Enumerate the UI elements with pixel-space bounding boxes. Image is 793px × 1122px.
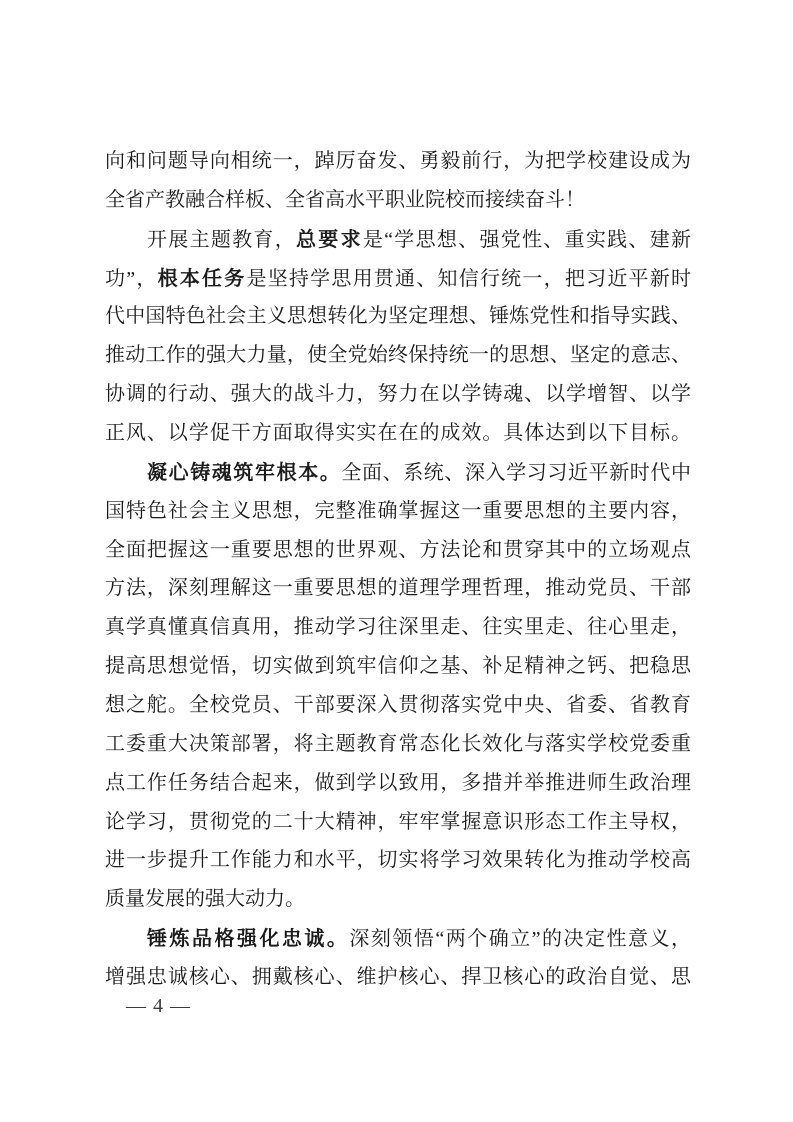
text-line: 提高思想觉悟，切实做到筑牢信仰之基、补足精神之钙、把稳思 [105,647,691,686]
body-text: 功”， [105,268,158,290]
document-page: 向和问题导向相统一，踔厉奋发、勇毅前行，为把学校建设成为全省产教融合样板、全省高… [0,0,793,1122]
text-line: 推动工作的强大力量，使全党始终保持统一的思想、坚定的意志、 [105,336,691,375]
text-line: 功”，根本任务是坚持学思用贯通、知信行统一，把习近平新时 [105,259,691,298]
body-text: 增强忠诚核心、拥戴核心、维护核心、捍卫核心的政治自觉、思 [105,966,691,988]
body-text: 进一步提升工作能力和水平，切实将学习效果转化为推动学校高 [105,849,691,871]
body-text: 国特色社会主义思想，完整准确掌握这一重要思想的主要内容， [105,500,691,522]
document-body: 向和问题导向相统一，踔厉奋发、勇毅前行，为把学校建设成为全省产教融合样板、全省高… [105,142,691,997]
emphasis-text: 总要求 [296,227,363,251]
body-text: 全省产教融合样板、全省高水平职业院校而接续奋斗！ [105,189,585,211]
text-line: 全省产教融合样板、全省高水平职业院校而接续奋斗！ [105,181,691,220]
text-line: 真学真懂真信真用，推动学习往深里走、往实里走、往心里走， [105,608,691,647]
body-text: 真学真懂真信真用，推动学习往深里走、往实里走、往心里走， [105,616,691,638]
text-line: 正风、以学促干方面取得实实在在的成效。具体达到以下目标。 [105,414,691,453]
body-text: 深刻领悟“两个确立”的决定性意义， [349,928,691,950]
text-line: 国特色社会主义思想，完整准确掌握这一重要思想的主要内容， [105,492,691,531]
body-text: 协调的行动、强大的战斗力，努力在以学铸魂、以学增智、以学 [105,383,691,405]
body-text: 是坚持学思用贯通、知信行统一，把习近平新时 [246,268,691,290]
text-line: 想之舵。全校党员、干部要深入贯彻落实党中央、省委、省教育 [105,686,691,725]
emphasis-text: 根本任务 [158,266,247,290]
text-line: 质量发展的强大动力。 [105,880,691,919]
body-text: 质量发展的强大动力。 [105,888,305,910]
body-text: 开展主题教育， [147,229,296,251]
text-line: 锤炼品格强化忠诚。深刻领悟“两个确立”的决定性意义， [105,919,691,958]
body-text: 全面、系统、深入学习习近平新时代中 [341,462,691,484]
body-text: 正风、以学促干方面取得实实在在的成效。具体达到以下目标。 [105,422,691,444]
text-line: 工委重大决策部署，将主题教育常态化长效化与落实学校党委重 [105,725,691,764]
text-line: 点工作任务结合起来，做到学以致用，多措并举推进师生政治理 [105,764,691,803]
emphasis-text: 锤炼品格强化忠诚。 [147,926,349,950]
body-text: 全面把握这一重要思想的世界观、方法论和贯穿其中的立场观点 [105,539,691,561]
body-text: 提高思想觉悟，切实做到筑牢信仰之基、补足精神之钙、把稳思 [105,655,691,677]
body-text: 论学习，贯彻党的二十大精神，牢牢掌握意识形态工作主导权， [105,811,691,833]
body-text: 推动工作的强大力量，使全党始终保持统一的思想、坚定的意志、 [105,344,691,366]
text-line: 凝心铸魂筑牢根本。全面、系统、深入学习习近平新时代中 [105,453,691,492]
body-text: 代中国特色社会主义思想转化为坚定理想、锤炼党性和指导实践、 [105,305,691,327]
emphasis-text: 凝心铸魂筑牢根本。 [147,460,341,484]
text-line: 论学习，贯彻党的二十大精神，牢牢掌握意识形态工作主导权， [105,803,691,842]
body-text: 工委重大决策部署，将主题教育常态化长效化与落实学校党委重 [105,733,691,755]
text-line: 增强忠诚核心、拥戴核心、维护核心、捍卫核心的政治自觉、思 [105,958,691,997]
text-line: 向和问题导向相统一，踔厉奋发、勇毅前行，为把学校建设成为 [105,142,691,181]
body-text: 是“学思想、强党性、重实践、建新 [363,229,691,251]
body-text: 想之舵。全校党员、干部要深入贯彻落实党中央、省委、省教育 [105,694,691,716]
page-number: — 4 — [126,992,191,1020]
text-line: 全面把握这一重要思想的世界观、方法论和贯穿其中的立场观点 [105,531,691,570]
body-text: 方法，深刻理解这一重要思想的道理学理哲理，推动党员、干部 [105,577,691,599]
text-line: 代中国特色社会主义思想转化为坚定理想、锤炼党性和指导实践、 [105,297,691,336]
text-line: 协调的行动、强大的战斗力，努力在以学铸魂、以学增智、以学 [105,375,691,414]
body-text: 向和问题导向相统一，踔厉奋发、勇毅前行，为把学校建设成为 [105,150,691,172]
text-line: 进一步提升工作能力和水平，切实将学习效果转化为推动学校高 [105,841,691,880]
text-line: 开展主题教育，总要求是“学思想、强党性、重实践、建新 [105,220,691,259]
text-line: 方法，深刻理解这一重要思想的道理学理哲理，推动党员、干部 [105,569,691,608]
body-text: 点工作任务结合起来，做到学以致用，多措并举推进师生政治理 [105,772,691,794]
